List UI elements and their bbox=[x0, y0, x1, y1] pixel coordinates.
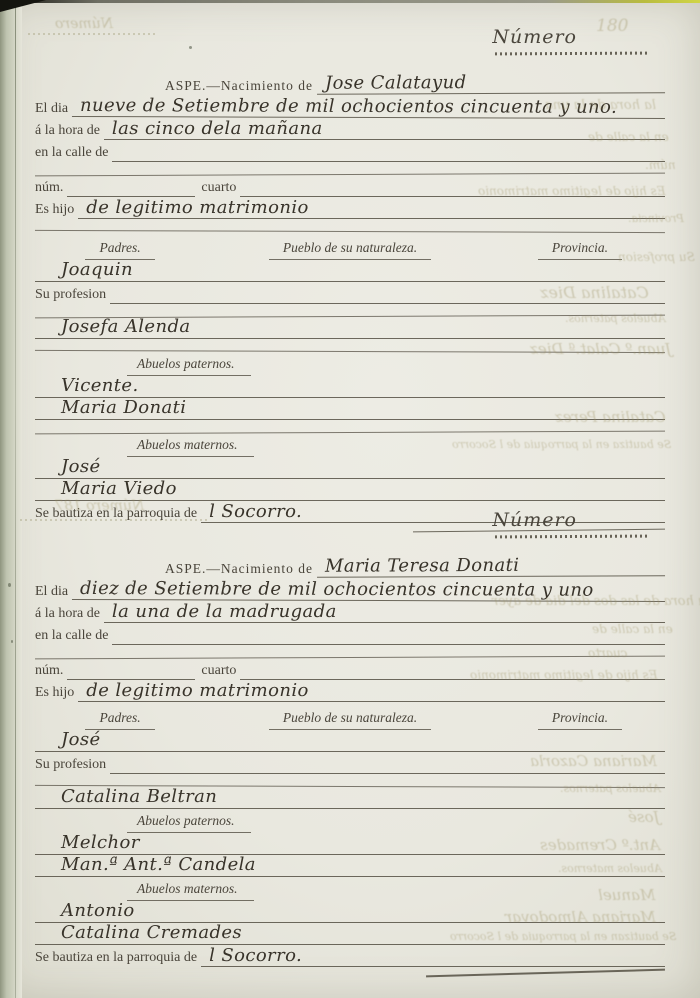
birth-hour-value: las cinco dela mañana bbox=[112, 118, 323, 139]
paternal-grandfather-value: Vicente. bbox=[61, 375, 139, 396]
provincia-header-label: Provincia. bbox=[538, 710, 622, 730]
father-row: Joaquin bbox=[35, 260, 665, 282]
street-row: en la calle de bbox=[35, 140, 665, 162]
number-floor-row: núm. cuarto bbox=[35, 175, 665, 197]
paternal-grandparents-header: Abuelos paternos. bbox=[35, 809, 665, 833]
paternal-grandmother-field: Maria Donati bbox=[35, 397, 665, 420]
abuelos-paternos-label: Abuelos paternos. bbox=[127, 356, 251, 376]
number-floor-row: núm. cuarto bbox=[35, 658, 665, 680]
num-label: núm. bbox=[35, 181, 67, 197]
calle-label: en la calle de bbox=[35, 146, 112, 162]
birth-date-field: diez de Setiembre de mil ochocientos cin… bbox=[72, 580, 665, 602]
maternal-grandparents-header: Abuelos maternos. bbox=[35, 877, 665, 901]
birth-record-maria-teresa-donati: Número ASPE.—Nacimiento de Maria Teresa … bbox=[35, 505, 665, 974]
legitimacy-field: de legitimo matrimonio bbox=[78, 682, 665, 702]
se-bautiza-label: Se bautiza en la parroquia de bbox=[35, 951, 201, 967]
pueblo-header: Pueblo de su naturaleza. bbox=[205, 240, 495, 260]
child-name-field: Jose Calatayud bbox=[317, 73, 665, 95]
cuarto-label: cuarto bbox=[195, 664, 240, 680]
maternal-grandfather-value: José bbox=[61, 456, 101, 477]
legitimacy-field: de legitimo matrimonio bbox=[78, 199, 665, 219]
el-dia-label: El dia bbox=[35, 102, 72, 118]
mother-row: Josefa Alenda bbox=[35, 317, 665, 339]
paternal-grandfather-row: Melchor bbox=[35, 833, 665, 855]
maternal-grandfather-row: José bbox=[35, 457, 665, 479]
birth-date-row: El dia diez de Setiembre de mil ochocien… bbox=[35, 577, 665, 601]
paternal-grandfather-field: Melchor bbox=[35, 832, 665, 855]
cuarto-label: cuarto bbox=[195, 181, 240, 197]
father-name-value: José bbox=[61, 729, 101, 750]
parish-field: l Socorro. bbox=[201, 947, 665, 967]
provincia-header: Provincia. bbox=[495, 710, 665, 730]
paternal-grandfather-row: Vicente. bbox=[35, 376, 665, 398]
mother-field: Josefa Alenda bbox=[35, 316, 665, 339]
paternal-grandfather-value: Melchor bbox=[61, 832, 140, 853]
continuation-line bbox=[35, 303, 665, 319]
maternal-grandmother-field: Maria Viedo bbox=[35, 478, 665, 501]
birth-hour-field: las cinco dela mañana bbox=[104, 120, 665, 140]
birth-record-jose-calatayud: Número ASPE.—Nacimiento de Jose Calatayu… bbox=[35, 22, 665, 531]
paternal-grandmother-row: Maria Donati bbox=[35, 398, 665, 420]
padres-header-label: Padres. bbox=[85, 240, 154, 260]
legitimacy-value: de legitimo matrimonio bbox=[86, 197, 309, 218]
street-row: en la calle de bbox=[35, 623, 665, 645]
paternal-grandmother-field: Man.ª Ant.ª Candela bbox=[35, 854, 665, 877]
father-field: José bbox=[35, 729, 665, 752]
es-hijo-label: Es hijo bbox=[35, 203, 78, 219]
birth-hour-field: la una de la madrugada bbox=[104, 603, 665, 623]
maternal-grandfather-field: José bbox=[35, 456, 665, 479]
padres-header: Padres. bbox=[35, 710, 205, 730]
es-hijo-label: Es hijo bbox=[35, 686, 78, 702]
legitimacy-row: Es hijo de legitimo matrimonio bbox=[35, 197, 665, 219]
record-title-row: ASPE.—Nacimiento de Jose Calatayud bbox=[35, 68, 665, 94]
page-top-edge bbox=[0, 0, 700, 3]
maternal-grandmother-value: Catalina Cremades bbox=[61, 922, 242, 943]
child-name-value: Jose Calatayud bbox=[325, 72, 467, 94]
trailing-rule bbox=[426, 969, 665, 978]
record-title-row: ASPE.—Nacimiento de Maria Teresa Donati bbox=[35, 551, 665, 577]
child-name-field: Maria Teresa Donati bbox=[317, 556, 665, 578]
profession-field bbox=[110, 758, 665, 774]
paternal-grandmother-value: Man.ª Ant.ª Candela bbox=[61, 854, 256, 875]
maternal-grandmother-row: Catalina Cremades bbox=[35, 923, 665, 945]
parish-value: l Socorro. bbox=[209, 945, 302, 966]
maternal-grandmother-value: Maria Viedo bbox=[61, 478, 177, 499]
abuelos-paternos-label: Abuelos paternos. bbox=[127, 813, 251, 833]
pueblo-header-label: Pueblo de su naturaleza. bbox=[269, 710, 431, 730]
continuation-line bbox=[35, 419, 665, 435]
maternal-grandmother-field: Catalina Cremades bbox=[35, 922, 665, 945]
register-page: Número ASPE.—Nacimiento de Jose Calatayu… bbox=[0, 0, 700, 998]
el-dia-label: El dia bbox=[35, 585, 72, 601]
maternal-grandmother-row: Maria Viedo bbox=[35, 479, 665, 501]
continuation-line bbox=[35, 338, 665, 353]
birth-date-value: nueve de Setiembre de mil ochocientos ci… bbox=[80, 95, 617, 118]
binding-crease bbox=[15, 0, 16, 998]
continuation-line bbox=[35, 773, 665, 788]
parents-headers-row: Padres. Pueblo de su naturaleza. Provinc… bbox=[35, 232, 665, 260]
birth-date-value: diez de Setiembre de mil ochocientos cin… bbox=[80, 578, 594, 601]
street-field bbox=[112, 146, 665, 162]
provincia-header-label: Provincia. bbox=[538, 240, 622, 260]
floor-field bbox=[240, 181, 665, 197]
father-field: Joaquin bbox=[35, 259, 665, 282]
book-binding-edge bbox=[0, 0, 22, 998]
calle-label: en la calle de bbox=[35, 629, 112, 645]
continuation-line bbox=[35, 644, 665, 660]
birth-hour-value: la una de la madrugada bbox=[112, 601, 337, 622]
profession-row: Su profesion bbox=[35, 282, 665, 304]
house-number-field bbox=[67, 665, 195, 680]
dark-corner bbox=[0, 0, 46, 12]
house-number-field bbox=[67, 182, 195, 197]
mother-name-value: Josefa Alenda bbox=[61, 316, 191, 337]
maternal-grandparents-header: Abuelos maternos. bbox=[35, 433, 665, 457]
title-prefix-label: ASPE.—Nacimiento de bbox=[165, 562, 317, 578]
profession-field bbox=[110, 288, 665, 304]
hora-label: á la hora de bbox=[35, 124, 104, 140]
numero-row: Número bbox=[35, 505, 665, 535]
paternal-grandmother-row: Man.ª Ant.ª Candela bbox=[35, 855, 665, 877]
father-name-value: Joaquin bbox=[61, 259, 133, 280]
father-row: José bbox=[35, 730, 665, 752]
baptism-parish-row: Se bautiza en la parroquia de l Socorro. bbox=[35, 945, 665, 967]
birth-date-field: nueve de Setiembre de mil ochocientos ci… bbox=[72, 97, 665, 119]
legitimacy-row: Es hijo de legitimo matrimonio bbox=[35, 680, 665, 702]
profesion-label: Su profesion bbox=[35, 288, 110, 304]
profesion-label: Su profesion bbox=[35, 758, 110, 774]
continuation-line bbox=[35, 161, 665, 177]
pueblo-header: Pueblo de su naturaleza. bbox=[205, 710, 495, 730]
maternal-grandfather-row: Antonio bbox=[35, 901, 665, 923]
paternal-grandmother-value: Maria Donati bbox=[61, 397, 186, 418]
floor-field bbox=[240, 664, 665, 680]
padres-header-label: Padres. bbox=[85, 710, 154, 730]
parents-headers-row: Padres. Pueblo de su naturaleza. Provinc… bbox=[35, 702, 665, 730]
mother-field: Catalina Beltran bbox=[35, 786, 665, 809]
maternal-grandfather-value: Antonio bbox=[61, 900, 135, 921]
maternal-grandfather-field: Antonio bbox=[35, 900, 665, 923]
numero-label: Número bbox=[492, 26, 577, 48]
abuelos-maternos-label: Abuelos maternos. bbox=[127, 437, 254, 457]
title-prefix-label: ASPE.—Nacimiento de bbox=[165, 79, 317, 95]
continuation-line bbox=[35, 218, 665, 233]
profession-row: Su profesion bbox=[35, 752, 665, 774]
birth-hour-row: á la hora de la una de la madrugada bbox=[35, 601, 665, 623]
mother-row: Catalina Beltran bbox=[35, 787, 665, 809]
pueblo-header-label: Pueblo de su naturaleza. bbox=[269, 240, 431, 260]
birth-date-row: El dia nueve de Setiembre de mil ochocie… bbox=[35, 94, 665, 118]
num-label: núm. bbox=[35, 664, 67, 680]
ink-speck bbox=[8, 583, 11, 587]
paternal-grandfather-field: Vicente. bbox=[35, 375, 665, 398]
ink-speck bbox=[11, 640, 13, 643]
legitimacy-value: de legitimo matrimonio bbox=[86, 680, 309, 701]
mother-name-value: Catalina Beltran bbox=[61, 786, 217, 807]
hora-label: á la hora de bbox=[35, 607, 104, 623]
paternal-grandparents-header: Abuelos paternos. bbox=[35, 352, 665, 376]
provincia-header: Provincia. bbox=[495, 240, 665, 260]
abuelos-maternos-label: Abuelos maternos. bbox=[127, 881, 254, 901]
birth-hour-row: á la hora de las cinco dela mañana bbox=[35, 118, 665, 140]
child-name-value: Maria Teresa Donati bbox=[325, 555, 519, 577]
padres-header: Padres. bbox=[35, 240, 205, 260]
numero-label: Número bbox=[492, 509, 577, 531]
street-field bbox=[112, 629, 665, 645]
numero-row: Número bbox=[35, 22, 665, 52]
